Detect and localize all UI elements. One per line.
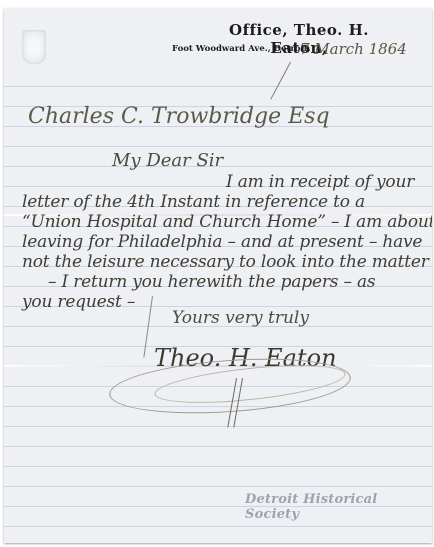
letterhead-address: Foot Woodward Ave., Detroit, <box>172 44 311 54</box>
body-line: – I return you herewith the papers – as <box>48 272 375 292</box>
body-line: not the leisure necessary to look into t… <box>22 252 429 272</box>
body-line: I am in receipt of your <box>226 172 414 192</box>
closing: Yours very truly <box>172 308 309 328</box>
body-line: you request – <box>22 292 135 312</box>
pen-stroke <box>143 296 153 358</box>
letter-date: 7 March 1864 <box>300 40 407 58</box>
recipient-name: Charles C. Trowbridge Esq <box>28 104 330 129</box>
body-line: letter of the 4th Instant in reference t… <box>22 192 365 212</box>
pen-stroke <box>270 62 291 100</box>
body-line: leaving for Philadelphia – and at presen… <box>22 232 422 252</box>
letter-paper: Office, Theo. H. Eaton, Foot Woodward Av… <box>4 8 432 543</box>
embossed-seal-icon <box>22 30 46 64</box>
body-line: “Union Hospital and Church Home” – I am … <box>22 212 432 232</box>
watermark: Detroit Historical Society <box>245 492 432 522</box>
salutation: My Dear Sir <box>112 150 223 171</box>
